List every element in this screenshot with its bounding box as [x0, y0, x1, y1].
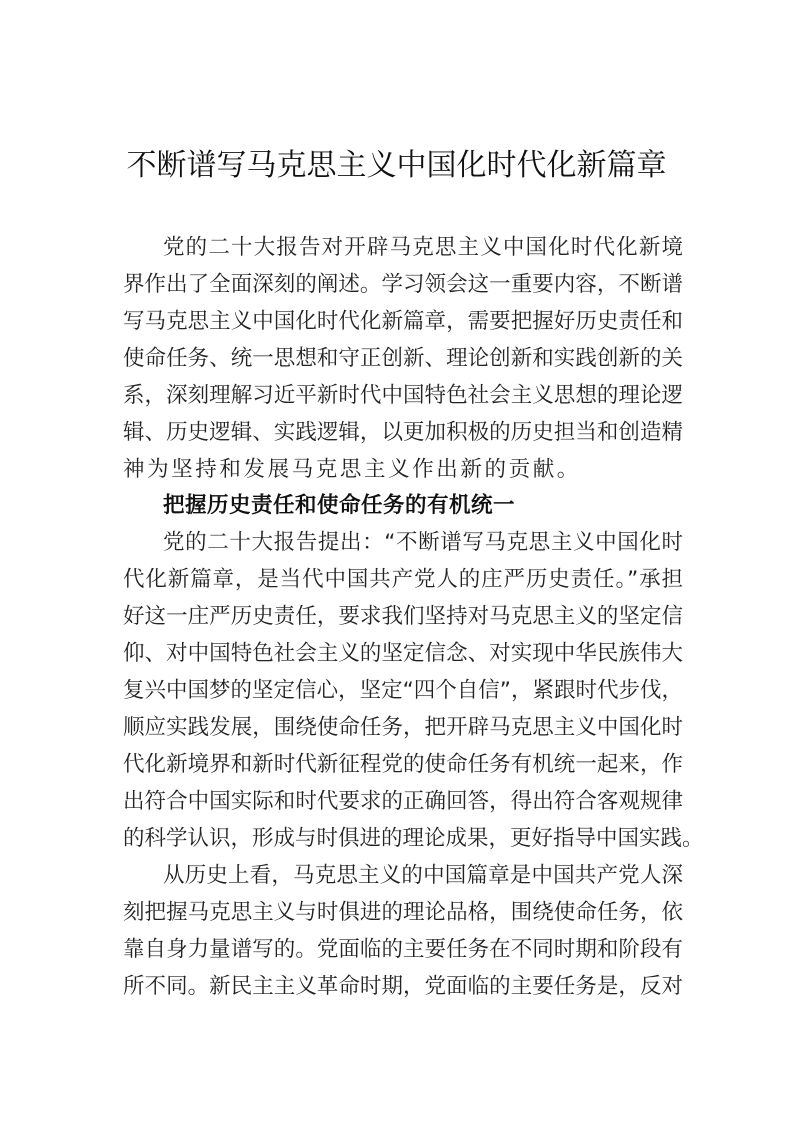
document-page: 不断谱写马克思主义中国化时代化新篇章 党的二十大报告对开辟马克思主义中国化时代化… [0, 0, 793, 1122]
paragraph-1-line-7: 神为坚持和发展马克思主义作出新的贡献。 [123, 454, 683, 486]
document-title: 不断谱写马克思主义中国化时代化新篇章 [0, 140, 793, 184]
section-heading: 把握历史责任和使命任务的有机统一 [163, 490, 683, 522]
paragraph-2-line-4: 仰、对中国特色社会主义的坚定信念、对实现中华民族伟大 [123, 638, 683, 670]
paragraph-1-line-1: 党的二十大报告对开辟马克思主义中国化时代化新境 [163, 232, 683, 264]
paragraph-2-line-3: 好这一庄严历史责任，要求我们坚持对马克思主义的坚定信 [123, 601, 683, 633]
paragraph-3-line-4: 所不同。新民主主义革命时期，党面临的主要任务是，反对 [123, 971, 683, 1003]
paragraph-2-line-2: 代化新篇章，是当代中国共产党人的庄严历史责任。”承担 [123, 564, 683, 596]
paragraph-1-line-5: 系，深刻理解习近平新时代中国特色社会主义思想的理论逻 [123, 380, 683, 412]
paragraph-3-line-3: 靠自身力量谱写的。党面临的主要任务在不同时期和阶段有 [123, 934, 683, 966]
paragraph-2-line-5: 复兴中国梦的坚定信心，坚定“四个自信”，紧跟时代步伐， [123, 675, 683, 707]
paragraph-1-line-2: 界作出了全面深刻的阐述。学习领会这一重要内容，不断谱 [123, 269, 683, 301]
paragraph-2-line-8: 出符合中国实际和时代要求的正确回答，得出符合客观规律 [123, 786, 683, 818]
paragraph-1-line-4: 使命任务、统一思想和守正创新、理论创新和实践创新的关 [123, 343, 683, 375]
paragraph-2-line-7: 代化新境界和新时代新征程党的使命任务有机统一起来，作 [123, 749, 683, 781]
paragraph-3-line-1: 从历史上看，马克思主义的中国篇章是中国共产党人深 [163, 860, 683, 892]
paragraph-2-line-6: 顺应实践发展，围绕使命任务，把开辟马克思主义中国化时 [123, 712, 683, 744]
paragraph-1-line-6: 辑、历史逻辑、实践逻辑，以更加积极的历史担当和创造精 [123, 417, 683, 449]
paragraph-3-line-2: 刻把握马克思主义与时俱进的理论品格，围绕使命任务，依 [123, 897, 683, 929]
paragraph-1-line-3: 写马克思主义中国化时代化新篇章，需要把握好历史责任和 [123, 306, 683, 338]
paragraph-2-line-1: 党的二十大报告提出：“不断谱写马克思主义中国化时 [163, 527, 683, 559]
paragraph-2-line-9: 的科学认识，形成与时俱进的理论成果，更好指导中国实践。 [123, 823, 683, 855]
